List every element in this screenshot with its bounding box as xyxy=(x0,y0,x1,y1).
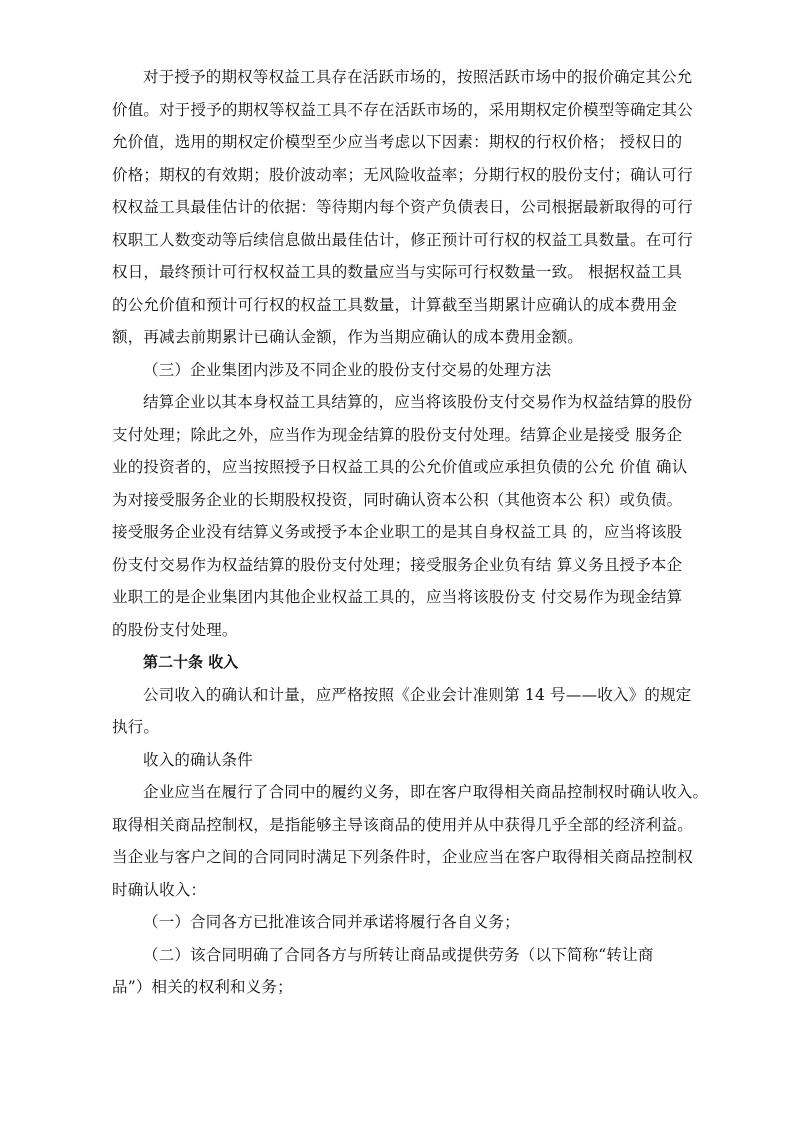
text-line: （三）企业集团内涉及不同企业的股份支付交易的处理方法 xyxy=(112,354,704,387)
condition-item-1: （一）合同各方已批准该合同并承诺将履行各自义务； xyxy=(112,906,704,939)
heading-text: 第二十条 收入 xyxy=(143,653,238,671)
text-line: 公司收入的确认和计量，应严格按照《企业会计准则第 14 号——收入》的规定 xyxy=(112,679,704,712)
paragraph-fair-value: 对于授予的期权等权益工具存在活跃市场的，按照活跃市场中的报价确定其公允 价值。对… xyxy=(112,61,704,354)
text-line: 份支付交易作为权益结算的股份支付处理；接受服务企业负有结 算义务且授予本企 xyxy=(112,549,704,582)
text-line: 当企业与客户之间的合同同时满足下列条件时，企业应当在客户取得相关商品控制权 xyxy=(112,841,704,874)
text-line: 结算企业以其本身权益工具结算的，应当将该股份支付交易作为权益结算的股份 xyxy=(112,386,704,419)
text-line: 价格；期权的有效期；股价波动率；无风险收益率；分期行权的股份支付；确认可行 xyxy=(112,159,704,192)
text-line: 收入的确认条件 xyxy=(112,744,704,777)
text-line: （一）合同各方已批准该合同并承诺将履行各自义务； xyxy=(112,906,704,939)
text-line: 时确认收入： xyxy=(112,874,704,907)
subheading-revenue-conditions: 收入的确认条件 xyxy=(112,744,704,777)
text-line: 权权益工具最佳估计的依据：等待期内每个资产负债表日，公司根据最新取得的可行 xyxy=(112,191,704,224)
text-line: 价值。对于授予的期权等权益工具不存在活跃市场的，采用期权定价模型等确定其公 xyxy=(112,94,704,127)
text-line: 支付处理；除此之外，应当作为现金结算的股份支付处理。结算企业是接受 服务企 xyxy=(112,419,704,452)
text-line: （二）该合同明确了合同各方与所转让商品或提供劳务（以下简称“转让商 xyxy=(112,939,704,972)
section-heading-article-20: 第二十条 收入 xyxy=(112,646,704,679)
text-line: 为对接受服务企业的长期股权投资，同时确认资本公积（其他资本公 积）或负债。 xyxy=(112,484,704,517)
text-line: 品”）相关的权利和义务； xyxy=(112,971,704,1004)
text-line: 额，再减去前期累计已确认金额，作为当期应确认的成本费用金额。 xyxy=(112,321,704,354)
paragraph-settlement: 结算企业以其本身权益工具结算的，应当将该股份支付交易作为权益结算的股份 支付处理… xyxy=(112,386,704,646)
text-line: 权职工人数变动等后续信息做出最佳估计，修正预计可行权的权益工具数量。在可行 xyxy=(112,224,704,257)
text-line: 业职工的是企业集团内其他企业权益工具的，应当将该股份支 付交易作为现金结算 xyxy=(112,581,704,614)
subheading-group-share-payment: （三）企业集团内涉及不同企业的股份支付交易的处理方法 xyxy=(112,354,704,387)
text-line: 接受服务企业没有结算义务或授予本企业职工的是其自身权益工具 的，应当将该股 xyxy=(112,516,704,549)
text-line: 的股份支付处理。 xyxy=(112,614,704,647)
text-line: 业的投资者的，应当按照授予日权益工具的公允价值或应承担负债的公允 价值 确认 xyxy=(112,451,704,484)
text-line: 的公允价值和预计可行权的权益工具数量，计算截至当期累计应确认的成本费用金 xyxy=(112,289,704,322)
text-line: 企业应当在履行了合同中的履约义务，即在客户取得相关商品控制权时确认收入。 xyxy=(112,776,704,809)
text-line: 取得相关商品控制权，是指能够主导该商品的使用并从中获得几乎全部的经济利益。 xyxy=(112,809,704,842)
text-line: 对于授予的期权等权益工具存在活跃市场的，按照活跃市场中的报价确定其公允 xyxy=(112,61,704,94)
paragraph-control-transfer: 企业应当在履行了合同中的履约义务，即在客户取得相关商品控制权时确认收入。 取得相… xyxy=(112,776,704,906)
document-page: 对于授予的期权等权益工具存在活跃市场的，按照活跃市场中的报价确定其公允 价值。对… xyxy=(112,61,704,1004)
text-line: 权日，最终预计可行权权益工具的数量应当与实际可行权数量一致。 根据权益工具 xyxy=(112,256,704,289)
text-line: 允价值，选用的期权定价模型至少应当考虑以下因素：期权的行权价格； 授权日的 xyxy=(112,126,704,159)
text-line: 执行。 xyxy=(112,711,704,744)
condition-item-2: （二）该合同明确了合同各方与所转让商品或提供劳务（以下简称“转让商 品”）相关的… xyxy=(112,939,704,1004)
paragraph-revenue-standard: 公司收入的确认和计量，应严格按照《企业会计准则第 14 号——收入》的规定 执行… xyxy=(112,679,704,744)
